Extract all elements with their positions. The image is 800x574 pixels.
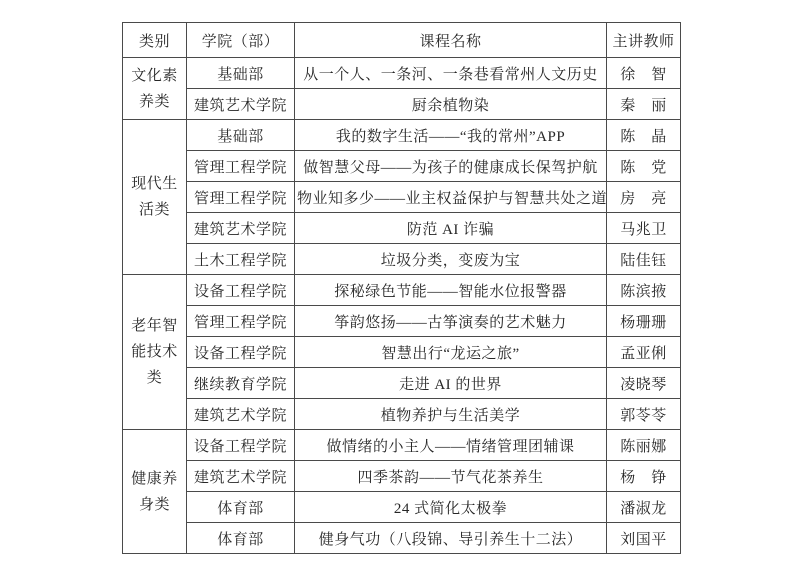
teacher-cell: 杨 铮 xyxy=(607,461,681,492)
header-row: 类别 学院（部） 课程名称 主讲教师 xyxy=(123,23,681,58)
college-cell: 继续教育学院 xyxy=(187,368,295,399)
table-row: 建筑艺术学院 厨余植物染 秦 丽 xyxy=(123,89,681,120)
course-cell: 防范 AI 诈骗 xyxy=(295,213,607,244)
teacher-cell: 陈丽娜 xyxy=(607,430,681,461)
category-cell: 现代生活类 xyxy=(123,120,187,275)
college-cell: 设备工程学院 xyxy=(187,275,295,306)
category-cell: 老年智能技术类 xyxy=(123,275,187,430)
header-category: 类别 xyxy=(123,23,187,58)
college-cell: 建筑艺术学院 xyxy=(187,89,295,120)
college-cell: 设备工程学院 xyxy=(187,337,295,368)
course-cell: 24 式简化太极拳 xyxy=(295,492,607,523)
course-table: 类别 学院（部） 课程名称 主讲教师 文化素养类 基础部 从一个人、一条河、一条… xyxy=(122,22,681,554)
table-row: 管理工程学院 物业知多少——业主权益保护与智慧共处之道 房 亮 xyxy=(123,182,681,213)
category-cell: 健康养身类 xyxy=(123,430,187,554)
course-cell: 厨余植物染 xyxy=(295,89,607,120)
header-teacher: 主讲教师 xyxy=(607,23,681,58)
table-row: 建筑艺术学院 植物养护与生活美学 郭苓苓 xyxy=(123,399,681,430)
table-row: 继续教育学院 走进 AI 的世界 凌晓琴 xyxy=(123,368,681,399)
document-page: 类别 学院（部） 课程名称 主讲教师 文化素养类 基础部 从一个人、一条河、一条… xyxy=(0,0,800,574)
teacher-cell: 杨珊珊 xyxy=(607,306,681,337)
table-row: 文化素养类 基础部 从一个人、一条河、一条巷看常州人文历史 徐 智 xyxy=(123,58,681,89)
course-cell: 做智慧父母——为孩子的健康成长保驾护航 xyxy=(295,151,607,182)
table-row: 设备工程学院 智慧出行“龙运之旅” 孟亚俐 xyxy=(123,337,681,368)
course-cell: 从一个人、一条河、一条巷看常州人文历史 xyxy=(295,58,607,89)
college-cell: 土木工程学院 xyxy=(187,244,295,275)
header-course: 课程名称 xyxy=(295,23,607,58)
table-row: 体育部 健身气功（八段锦、导引养生十二法） 刘国平 xyxy=(123,523,681,554)
teacher-cell: 潘淑龙 xyxy=(607,492,681,523)
course-cell: 健身气功（八段锦、导引养生十二法） xyxy=(295,523,607,554)
teacher-cell: 郭苓苓 xyxy=(607,399,681,430)
teacher-cell: 徐 智 xyxy=(607,58,681,89)
course-cell: 垃圾分类，变废为宝 xyxy=(295,244,607,275)
teacher-cell: 凌晓琴 xyxy=(607,368,681,399)
teacher-cell: 陈滨掖 xyxy=(607,275,681,306)
course-cell: 植物养护与生活美学 xyxy=(295,399,607,430)
college-cell: 体育部 xyxy=(187,492,295,523)
table-row: 体育部 24 式简化太极拳 潘淑龙 xyxy=(123,492,681,523)
course-cell: 智慧出行“龙运之旅” xyxy=(295,337,607,368)
teacher-cell: 马兆卫 xyxy=(607,213,681,244)
college-cell: 体育部 xyxy=(187,523,295,554)
college-cell: 建筑艺术学院 xyxy=(187,461,295,492)
table-row: 现代生活类 基础部 我的数字生活——“我的常州”APP 陈 晶 xyxy=(123,120,681,151)
teacher-cell: 陆佳钰 xyxy=(607,244,681,275)
course-cell: 四季茶韵——节气花茶养生 xyxy=(295,461,607,492)
college-cell: 建筑艺术学院 xyxy=(187,213,295,244)
teacher-cell: 陈 党 xyxy=(607,151,681,182)
table-row: 建筑艺术学院 防范 AI 诈骗 马兆卫 xyxy=(123,213,681,244)
course-cell: 物业知多少——业主权益保护与智慧共处之道 xyxy=(295,182,607,213)
table-row: 建筑艺术学院 四季茶韵——节气花茶养生 杨 铮 xyxy=(123,461,681,492)
header-college: 学院（部） xyxy=(187,23,295,58)
category-cell: 文化素养类 xyxy=(123,58,187,120)
college-cell: 管理工程学院 xyxy=(187,306,295,337)
table-row: 土木工程学院 垃圾分类，变废为宝 陆佳钰 xyxy=(123,244,681,275)
table-row: 管理工程学院 筝韵悠扬——古筝演奏的艺术魅力 杨珊珊 xyxy=(123,306,681,337)
teacher-cell: 房 亮 xyxy=(607,182,681,213)
college-cell: 设备工程学院 xyxy=(187,430,295,461)
course-cell: 做情绪的小主人——情绪管理团辅课 xyxy=(295,430,607,461)
course-cell: 探秘绿色节能——智能水位报警器 xyxy=(295,275,607,306)
college-cell: 基础部 xyxy=(187,58,295,89)
teacher-cell: 陈 晶 xyxy=(607,120,681,151)
table-row: 健康养身类 设备工程学院 做情绪的小主人——情绪管理团辅课 陈丽娜 xyxy=(123,430,681,461)
college-cell: 管理工程学院 xyxy=(187,182,295,213)
teacher-cell: 孟亚俐 xyxy=(607,337,681,368)
college-cell: 基础部 xyxy=(187,120,295,151)
college-cell: 管理工程学院 xyxy=(187,151,295,182)
table-row: 老年智能技术类 设备工程学院 探秘绿色节能——智能水位报警器 陈滨掖 xyxy=(123,275,681,306)
course-cell: 我的数字生活——“我的常州”APP xyxy=(295,120,607,151)
table-row: 管理工程学院 做智慧父母——为孩子的健康成长保驾护航 陈 党 xyxy=(123,151,681,182)
teacher-cell: 刘国平 xyxy=(607,523,681,554)
teacher-cell: 秦 丽 xyxy=(607,89,681,120)
course-cell: 筝韵悠扬——古筝演奏的艺术魅力 xyxy=(295,306,607,337)
college-cell: 建筑艺术学院 xyxy=(187,399,295,430)
course-cell: 走进 AI 的世界 xyxy=(295,368,607,399)
